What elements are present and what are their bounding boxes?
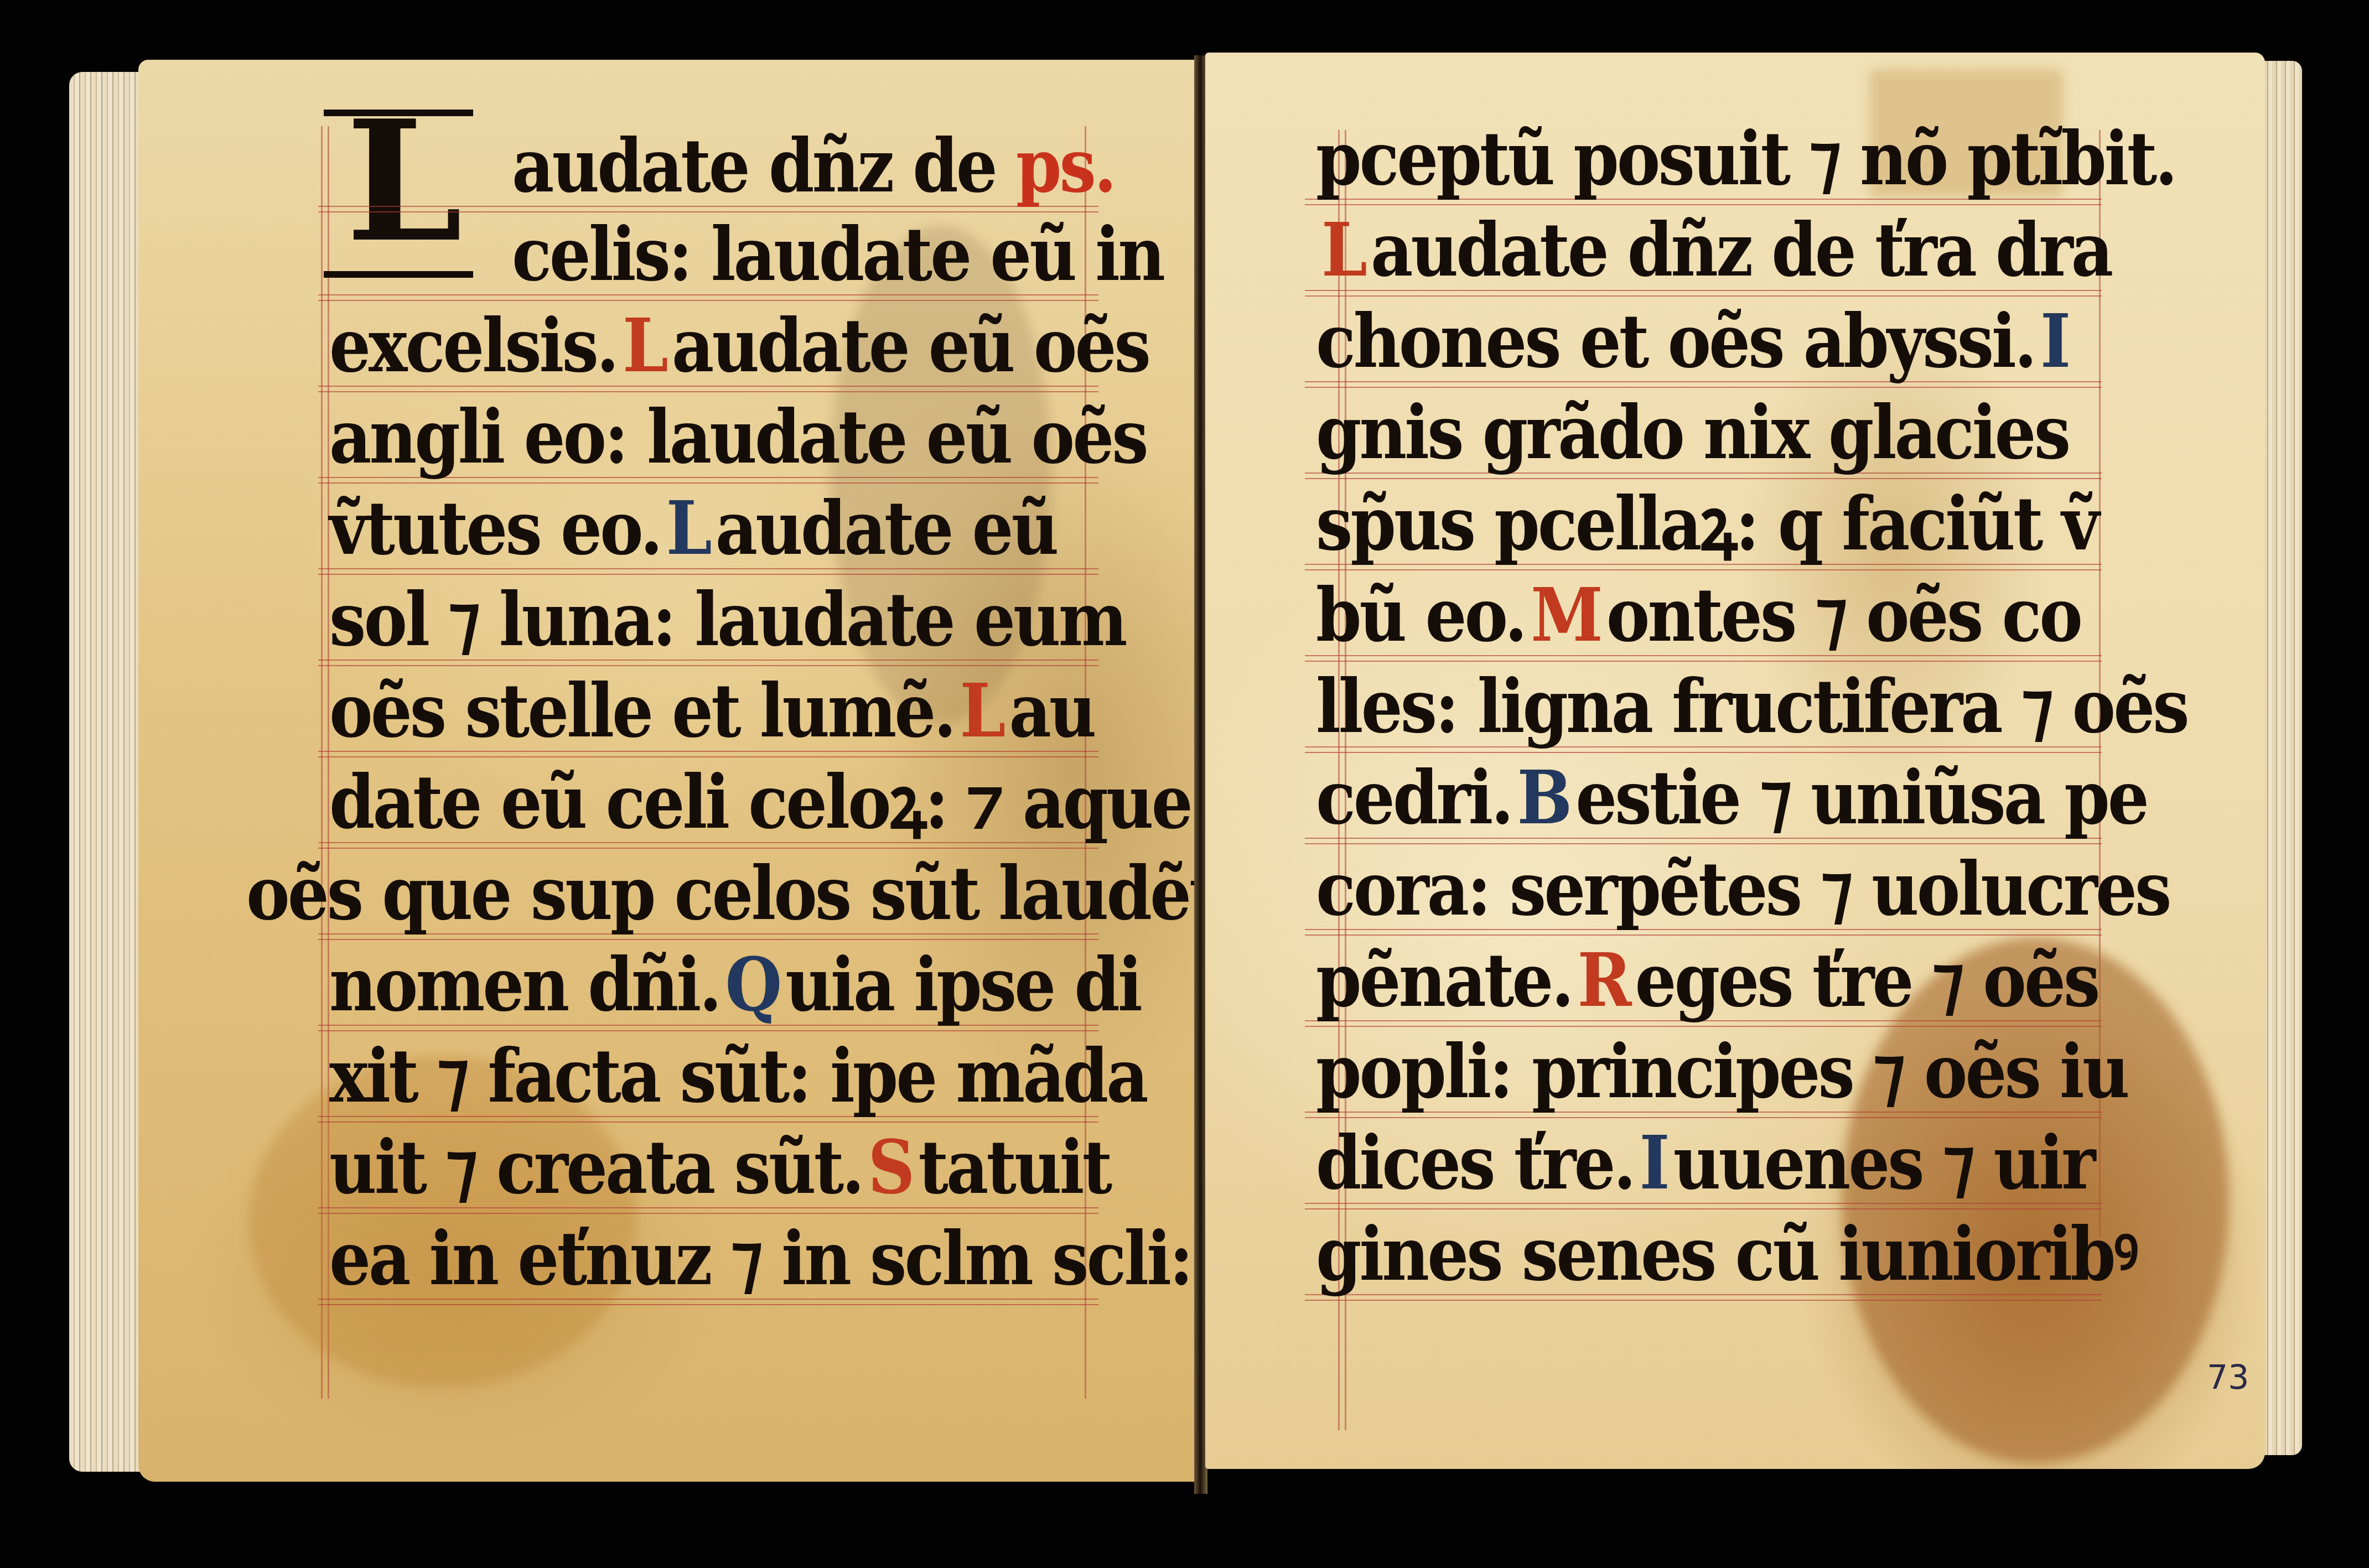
red-initial: M	[1531, 579, 1601, 652]
line-text: bũ eo.	[1316, 572, 1525, 658]
blue-initial: Q	[725, 948, 780, 1021]
line-text: nomen dñi.	[329, 942, 720, 1028]
line-text: uuenes ⁊ uir	[1673, 1120, 2094, 1206]
line-text: ṽtutes eo.	[329, 485, 661, 572]
text-line: celis: laudate eũ in	[329, 220, 1087, 303]
text-line: angli eo: laudate eũ oẽs	[329, 403, 1087, 486]
line-text: audate eũ oẽs	[672, 303, 1149, 389]
text-line: ea in eťnuz ⁊ in sclm scli:	[329, 1224, 1087, 1307]
line-text: chones et oẽs abyssi.	[1316, 298, 2035, 385]
text-line: audate dñz de ps.	[329, 132, 1087, 215]
right-fore-edge-page-stack	[2263, 61, 2302, 1455]
line-text: gnis grãdo nix glacies	[1316, 390, 2069, 476]
text-line: Laudate dñz de ťra dra	[1316, 216, 2091, 299]
text-line: excelsis.Laudate eũ oẽs	[329, 311, 1087, 394]
red-initial: L	[1321, 214, 1365, 287]
text-line: xit ⁊ facta sũt: ipe mãda	[329, 1042, 1087, 1125]
blue-initial: B	[1517, 761, 1570, 834]
text-line: sp̃us pcellaꝝ: q faciũt ṽ	[1316, 490, 2091, 573]
line-text: date eũ celi celoꝝ: ⁊ aque	[329, 759, 1191, 845]
line-text: eges ťre ⁊ oẽs	[1635, 937, 2098, 1024]
psalm-rubric: ps.	[1016, 123, 1114, 209]
line-text: cedri.	[1316, 755, 1512, 841]
text-line: sol ⁊ luna: laudate eum	[329, 585, 1087, 668]
left-text-block: L audate dñz de ps. celis: laudate eũ in…	[329, 121, 1087, 1338]
text-line: chones et oẽs abyssi.I	[1316, 307, 2091, 390]
line-text: gines senes cũ iunioribꝰ	[1316, 1211, 2137, 1297]
blue-initial: I	[2040, 305, 2069, 378]
line-text: popli: principes ⁊ oẽs iu	[1316, 1029, 2128, 1115]
text-line: date eũ celi celoꝝ: ⁊ aque	[329, 768, 1087, 851]
line-text: audate dñz de	[512, 123, 996, 209]
line-text: pceptũ posuit ⁊ nõ ptĩbit.	[1316, 116, 2175, 202]
line-text: xit ⁊ facta sũt: ipe mãda	[329, 1033, 1147, 1119]
line-text: sp̃us pcellaꝝ: q faciũt ṽ	[1316, 481, 2097, 567]
line-text: au	[1009, 668, 1094, 754]
line-text: pẽnate.	[1316, 937, 1572, 1024]
line-text: uia ipse di	[785, 942, 1140, 1028]
line-text: lles: ligna fructifera ⁊ oẽs	[1316, 663, 2187, 750]
right-text-block: pceptũ posuit ⁊ nõ ptĩbit. Laudate dñz d…	[1316, 113, 2091, 1331]
line-text: ontes ⁊ oẽs co	[1606, 572, 2081, 658]
text-line: lles: ligna fructifera ⁊ oẽs	[1316, 672, 2091, 755]
text-line: pceptũ posuit ⁊ nõ ptĩbit.	[1316, 124, 2091, 207]
line-text: angli eo: laudate eũ oẽs	[329, 394, 1147, 480]
text-line: nomen dñi.Quia ipse di	[329, 951, 1087, 1034]
line-text: tatuit	[919, 1124, 1111, 1211]
text-line: gines senes cũ iunioribꝰ	[1316, 1220, 2091, 1303]
text-line: oẽs stelle et lumẽ.Lau	[329, 677, 1087, 760]
text-line: dices ťre.Iuuenes ⁊ uir	[1316, 1129, 2091, 1212]
text-line: cedri.Bestie ⁊ uniũsa pe	[1316, 764, 2091, 847]
line-text: oẽs que sup celos sũt laudẽt	[246, 850, 1200, 937]
line-text: audate eũ	[716, 485, 1057, 572]
line-text: dices ťre.	[1316, 1120, 1634, 1206]
line-text: audate dñz de ťra dra	[1371, 207, 2111, 293]
left-page: L audate dñz de ps. celis: laudate eũ in…	[138, 60, 1200, 1482]
folio-number: 73	[2207, 1358, 2249, 1397]
text-line: popli: principes ⁊ oẽs iu	[1316, 1037, 2091, 1120]
line-text: celis: laudate eũ in	[512, 211, 1163, 298]
blue-initial: L	[666, 492, 710, 565]
line-text: estie ⁊ uniũsa pe	[1575, 755, 2147, 841]
red-initial: R	[1578, 944, 1630, 1017]
line-text: ea in eťnuz ⁊ in sclm scli:	[329, 1216, 1191, 1302]
right-page: pceptũ posuit ⁊ nõ ptĩbit. Laudate dñz d…	[1205, 53, 2265, 1469]
line-text: excelsis.	[329, 303, 617, 389]
text-line: pẽnate.Reges ťre ⁊ oẽs	[1316, 946, 2091, 1029]
text-line: oẽs que sup celos sũt laudẽt	[329, 859, 1087, 942]
text-line: gnis grãdo nix glacies	[1316, 398, 2091, 481]
red-initial: L	[960, 674, 1003, 747]
text-line: bũ eo.Montes ⁊ oẽs co	[1316, 581, 2091, 664]
blue-initial: I	[1640, 1126, 1668, 1200]
line-text: cora: serpẽtes ⁊ uolucres	[1316, 846, 2170, 932]
text-line: cora: serpẽtes ⁊ uolucres	[1316, 855, 2091, 938]
line-text: sol ⁊ luna: laudate eum	[329, 577, 1126, 663]
left-fore-edge-page-stack	[69, 72, 147, 1472]
line-text: oẽs stelle et lumẽ.	[329, 668, 954, 754]
text-line: ṽtutes eo.Laudate eũ	[329, 494, 1087, 577]
text-line: uit ⁊ creata sũt.Statuit	[329, 1133, 1087, 1216]
red-initial: L	[623, 309, 666, 382]
red-initial: S	[868, 1131, 913, 1204]
line-text: uit ⁊ creata sũt.	[329, 1124, 862, 1211]
